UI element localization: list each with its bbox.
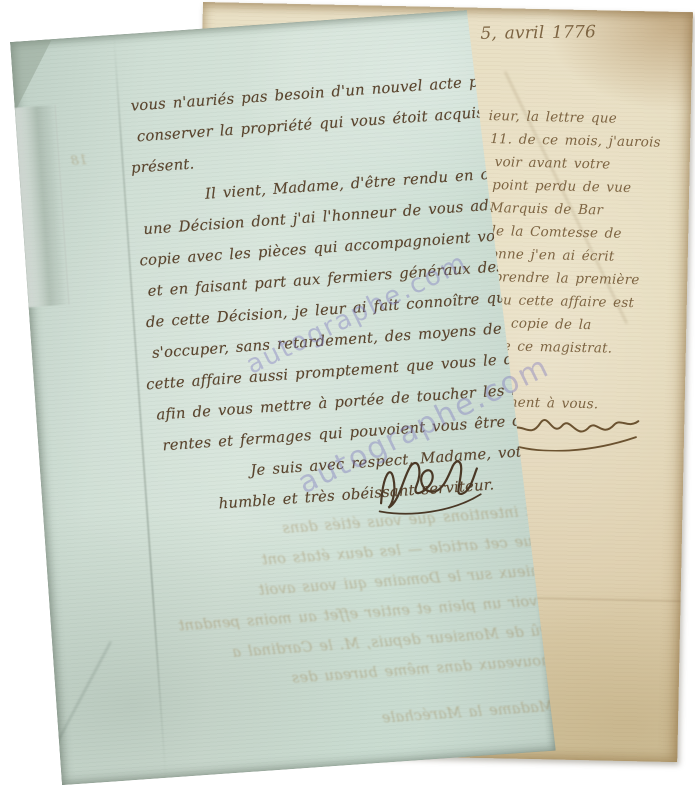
letter-line: e copie de la xyxy=(496,312,657,338)
front-letter-paper: 18 vous n'auriés pas besoin d'un nouvel … xyxy=(10,7,556,785)
letter-line: voir avant votre xyxy=(494,151,660,177)
bleedthrough-line: Madame la Maréchale xyxy=(243,692,554,744)
paper-crease xyxy=(54,641,112,748)
photo-of-two-letters: 5, avril 1776 ieur, la lettre que 11. de… xyxy=(0,0,695,800)
back-letter-signature-flourish: paraphe xyxy=(500,406,649,457)
letter-line: de ce magistrat. xyxy=(494,335,657,361)
paraphe-scribble xyxy=(500,406,649,453)
letter-date: 5, avril 1776 xyxy=(480,22,596,44)
letter-line: prendre la première xyxy=(493,266,658,292)
letter-line: ou cette affaire est xyxy=(495,289,658,315)
edge-fold-crease xyxy=(15,105,70,307)
bleedthrough-fragment: 18 xyxy=(70,153,88,169)
bleedthrough-text-mirrored: et intentions que vous étiés dans que ce… xyxy=(110,496,555,751)
folded-corner xyxy=(10,39,57,112)
back-letter-body: ieur, la lettre que 11. de ce mois, j'au… xyxy=(484,105,662,362)
